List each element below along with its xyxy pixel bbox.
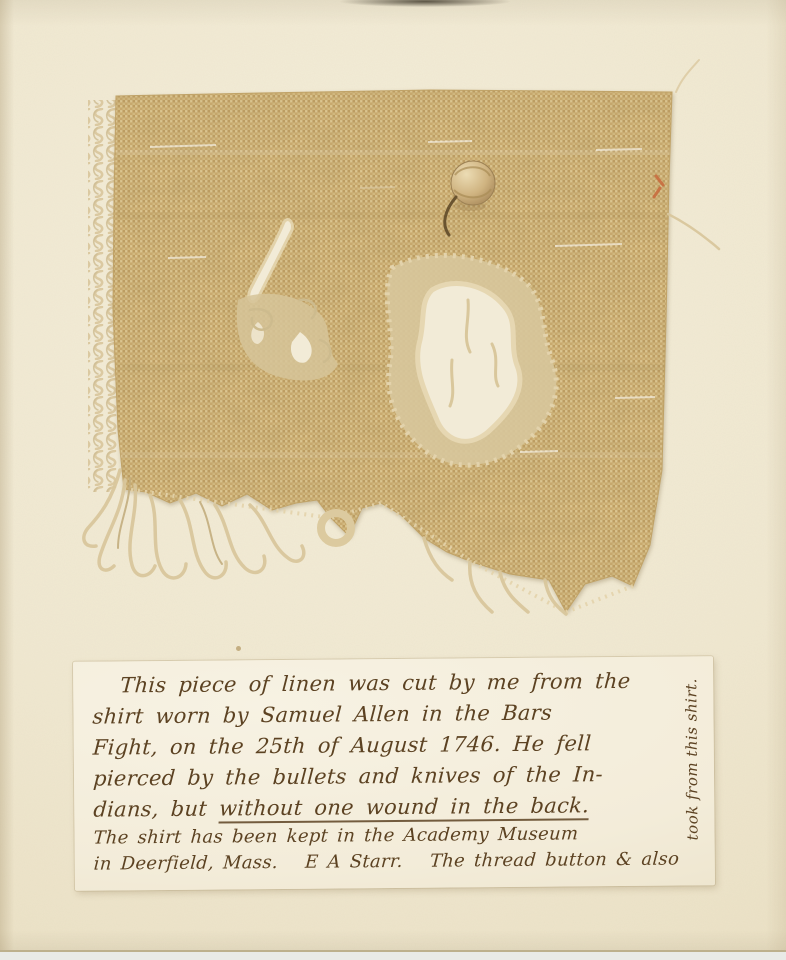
handwritten-note: This piece of linen was cut by me from t… [73, 656, 715, 891]
scan-edge-strip [0, 950, 786, 960]
note-line-7: in Deerfield, Mass. E A Starr. The threa… [93, 846, 703, 877]
mount-card-photo: This piece of linen was cut by me from t… [0, 0, 786, 960]
note-line-5-prefix: dians, but [93, 797, 220, 822]
note-vertical-text: took from this shirt. [683, 680, 700, 840]
stain-spot [236, 646, 241, 651]
note-line-5-underlined: without one wound in the back. [218, 793, 590, 823]
